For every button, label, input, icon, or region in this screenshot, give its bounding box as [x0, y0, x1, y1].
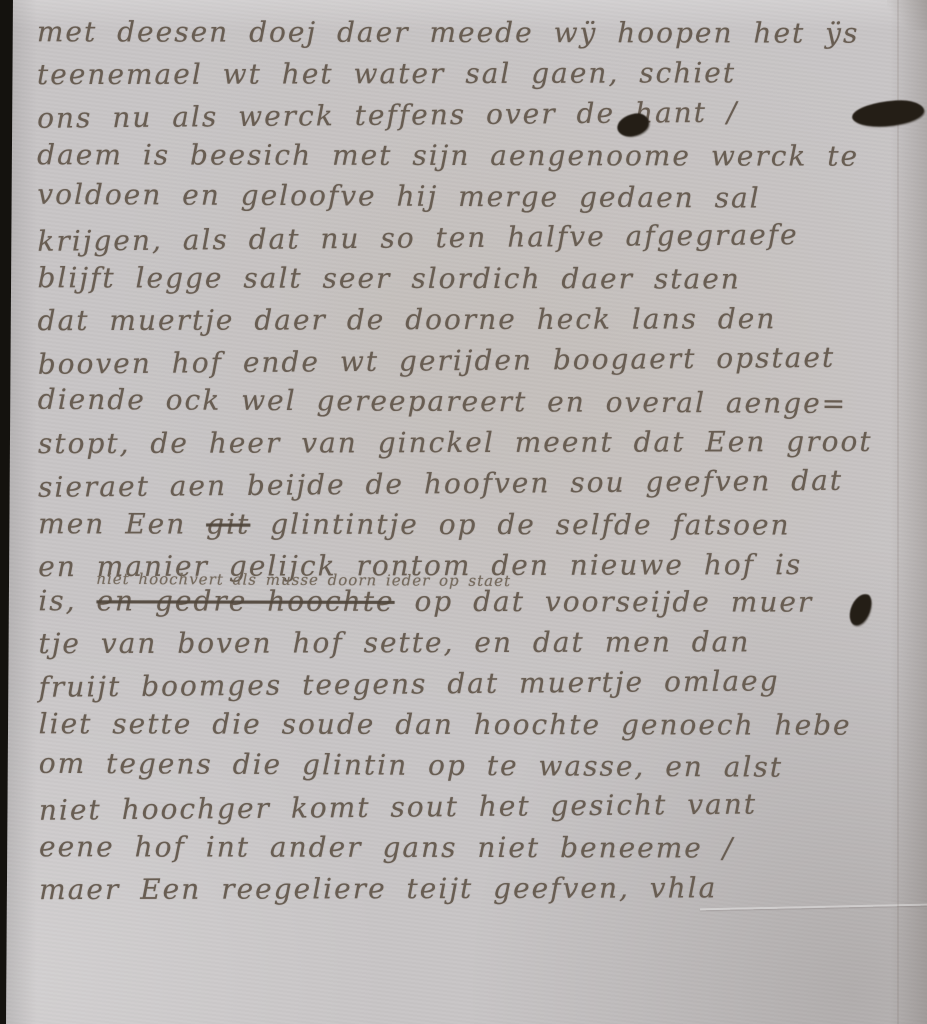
manuscript-line: voldoen en geloofve hij merge gedaen sal [37, 174, 900, 220]
handwriting-text: diende ock wel gereepareert en overal ae… [38, 383, 847, 420]
manuscript-line: tje van boven hof sette, en dat men dan [38, 621, 901, 664]
manuscript-scan: met deesen doej daer meede wÿ hoopen het… [0, 0, 927, 1024]
manuscript-line: is, en gedre hoochte op dat voorseijde m… [38, 580, 901, 623]
strikethrough-text: git [206, 508, 250, 541]
handwriting-text: op dat voorseijde muer [395, 585, 814, 619]
handwriting-text: dat muertje daer de doorne heck lans den [38, 302, 777, 337]
manuscript-line: sieraet aen beijde de hoofven sou geefve… [38, 459, 901, 508]
manuscript-line: liet sette die soude dan hoochte genoech… [39, 703, 902, 746]
handwriting-text: maer Een reegeliere teijt geefven, vhla [39, 871, 717, 906]
manuscript-line: teenemael wt het water sal gaen, schiet [37, 52, 900, 95]
handwriting-text: niet hoochger komt sout het gesicht vant [39, 787, 757, 826]
manuscript-page: met deesen doej daer meede wÿ hoopen het… [0, 0, 927, 1024]
manuscript-line: booven hof ende wt gerijden boogaert ops… [38, 336, 901, 385]
manuscript-line: men Een git glintintje op de selfde fats… [38, 503, 901, 546]
manuscript-line: met deesen doej daer meede wÿ hoopen het… [37, 11, 900, 54]
manuscript-line: daem is beesich met sijn aengenoome werc… [37, 134, 900, 177]
manuscript-line: krijgen, als dat nu so ten halfve afgegr… [37, 213, 900, 262]
handwriting-text: sieraet aen beijde de hoofven sou geefve… [38, 464, 843, 504]
handwriting-text: tje van boven hof sette, en dat men dan [38, 625, 750, 660]
handwriting-text: is, [38, 584, 96, 617]
handwriting-text: liet sette die soude dan hoochte genoech… [39, 707, 852, 741]
handwriting-text: krijgen, als dat nu so ten halfve afgegr… [37, 218, 799, 258]
manuscript-line: om tegens die glintin op te wasse, en al… [39, 743, 902, 789]
strikethrough-text: en gedre hoochte [96, 584, 394, 618]
manuscript-line: blijft legge salt seer slordich daer sta… [37, 257, 900, 300]
manuscript-line: ons nu als werck teffens over de hant / [37, 90, 900, 139]
handwriting-text: eene hof int ander gans niet beneeme / [39, 830, 734, 864]
manuscript-line: eene hof int ander gans niet beneeme / [39, 826, 902, 869]
manuscript-line: diende ock wel gereepareert en overal ae… [38, 379, 901, 425]
handwriting-text: stopt, de heer van ginckel meent dat Een… [38, 425, 873, 460]
manuscript-line: dat muertje daer de doorne heck lans den [38, 298, 901, 341]
handwriting-text: booven hof ende wt gerijden boogaert ops… [38, 341, 836, 381]
handwriting-text: men Een [38, 507, 206, 540]
handwriting-text: blijft legge salt seer slordich daer sta… [37, 261, 740, 295]
text-block: met deesen doej daer meede wÿ hoopen het… [37, 11, 902, 910]
handwriting-text: fruijt boomges teegens dat muertje omlae… [38, 664, 779, 703]
handwriting-text: om tegens die glintin op te wasse, en al… [39, 747, 783, 784]
handwriting-text: teenemael wt het water sal gaen, schiet [37, 56, 736, 91]
manuscript-line: stopt, de heer van ginckel meent dat Een… [38, 421, 901, 464]
manuscript-line: maer Een reegeliere teijt geefven, vhla [39, 867, 902, 910]
manuscript-line: fruijt boomges teegens dat muertje omlae… [38, 659, 901, 708]
handwriting-text: glintintje op de selfde fatsoen [250, 508, 790, 542]
handwriting-text: met deesen doej daer meede wÿ hoopen het… [37, 15, 860, 49]
manuscript-line: niet hoochger komt sout het gesicht vant [39, 782, 902, 831]
handwriting-text: daem is beesich met sijn aengenoome werc… [37, 138, 859, 172]
handwriting-text: voldoen en geloofve hij merge gedaen sal [37, 178, 761, 215]
